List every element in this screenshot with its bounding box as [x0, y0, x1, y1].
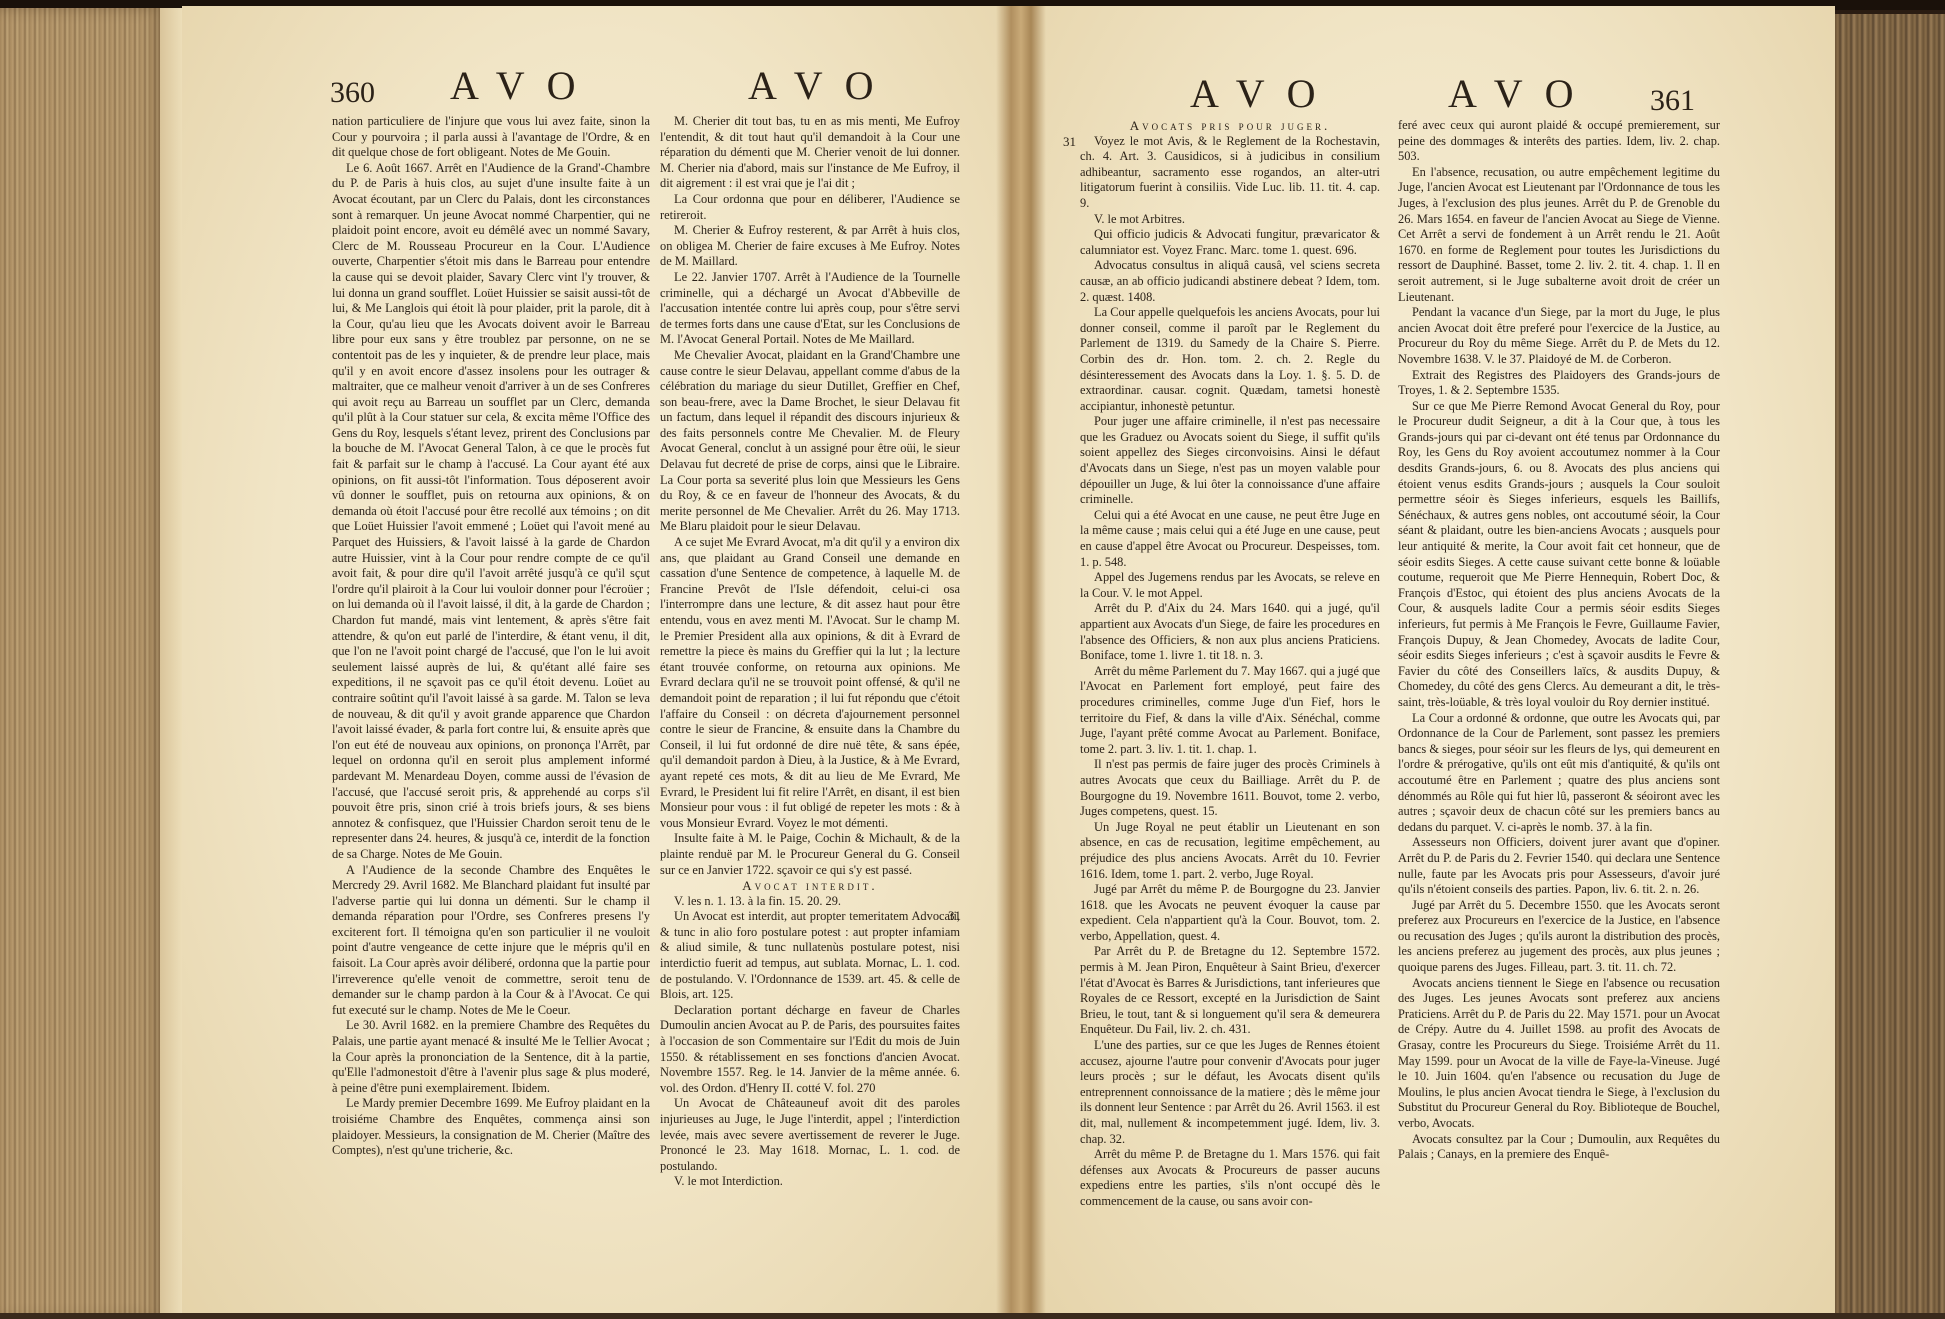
paragraph: Un Avocat est interdit, aut propter teme…	[660, 909, 960, 1003]
paragraph: Arrêt du même Parlement du 7. May 1667. …	[1080, 664, 1380, 758]
paragraph: Avocats anciens tiennent le Siege en l'a…	[1398, 976, 1720, 1132]
paragraph: Le 22. Janvier 1707. Arrêt à l'Audience …	[660, 270, 960, 348]
paragraph: Appel des Jugemens rendus par les Avocat…	[1080, 570, 1380, 601]
paragraph: M. Cherier & Eufroy resterent, & par Arr…	[660, 223, 960, 270]
paragraph: Celui qui a été Avocat en une cause, ne …	[1080, 508, 1380, 570]
left-page-column-1: nation particuliere de l'injure que vous…	[332, 114, 650, 1159]
paragraph: L'une des parties, sur ce que les Juges …	[1080, 1038, 1380, 1147]
page-number-left: 360	[330, 76, 375, 110]
paragraph: A ce sujet Me Evrard Avocat, m'a dit qu'…	[660, 535, 960, 831]
paragraph: Avocats consultez par la Cour ; Dumoulin…	[1398, 1132, 1720, 1163]
paragraph: feré avec ceux qui auront plaidé & occup…	[1398, 118, 1720, 165]
paragraph: Un Avocat de Châteauneuf avoit dit des p…	[660, 1096, 960, 1174]
paragraph: Sur ce que Me Pierre Remond Avocat Gener…	[1398, 399, 1720, 711]
book-page-edges-left	[0, 8, 165, 1319]
paragraph: Pour juger une affaire criminelle, il n'…	[1080, 414, 1380, 508]
running-head-right-2: AVO	[1448, 70, 1596, 117]
paragraph: La Cour ordonna que pour en déliberer, l…	[660, 192, 960, 223]
paragraph: A l'Audience de la seconde Chambre des E…	[332, 863, 650, 1019]
running-head-left-2: AVO	[748, 62, 896, 109]
paragraph: Arrêt du même P. de Bretagne du 1. Mars …	[1080, 1147, 1380, 1209]
paragraph: Arrêt du P. d'Aix du 24. Mars 1640. qui …	[1080, 601, 1380, 663]
paragraph: nation particuliere de l'injure que vous…	[332, 114, 650, 161]
paragraph: Insulte faite à M. le Paige, Cochin & Mi…	[660, 831, 960, 878]
paragraph: Pendant la vacance d'un Siege, par la mo…	[1398, 305, 1720, 367]
paragraph: Me Chevalier Avocat, plaidant en la Gran…	[660, 348, 960, 535]
running-head-left-1: AVO	[450, 62, 598, 109]
paragraph: La Cour appelle quelquefois les anciens …	[1080, 305, 1380, 414]
section-heading-avocats-pris-pour-juger: Avocats pris pour juger.	[1080, 118, 1380, 134]
right-page-column-1: Avocats pris pour juger. Voyez le mot Av…	[1080, 118, 1380, 1210]
paragraph: Le 6. Août 1667. Arrêt en l'Audience de …	[332, 161, 650, 863]
left-page-column-2: M. Cherier dit tout bas, tu en as mis me…	[660, 114, 960, 1190]
paragraph: V. le mot Interdiction.	[660, 1174, 960, 1190]
marginal-number-top: 31	[1063, 134, 1076, 150]
paragraph: Declaration portant décharge en faveur d…	[660, 1003, 960, 1097]
paragraph: Assesseurs non Officiers, doivent jurer …	[1398, 835, 1720, 897]
paragraph: Advocatus consultus in aliquâ causâ, vel…	[1080, 258, 1380, 305]
paragraph: Il n'est pas permis de faire juger des p…	[1080, 757, 1380, 819]
paragraph: Un Juge Royal ne peut établir un Lieuten…	[1080, 820, 1380, 882]
paragraph: Le 30. Avril 1682. en la premiere Chambr…	[332, 1018, 650, 1096]
paragraph: Jugé par Arrêt du 5. Decembre 1550. que …	[1398, 898, 1720, 976]
book-gutter	[996, 6, 1046, 1319]
page-number-right: 361	[1650, 84, 1695, 118]
section-heading-avocat-interdit: Avocat interdit.	[660, 878, 960, 894]
book-page-edge-highlight	[160, 8, 184, 1319]
paragraph: Le Mardy premier Decembre 1699. Me Eufro…	[332, 1096, 650, 1158]
running-head-right-1: AVO	[1190, 70, 1338, 117]
paragraph: V. le mot Arbitres.	[1080, 212, 1380, 228]
paragraph: Jugé par Arrêt du même P. de Bourgogne d…	[1080, 882, 1380, 944]
paragraph: Qui officio judicis & Advocati fungitur,…	[1080, 227, 1380, 258]
paragraph: Par Arrêt du P. de Bretagne du 12. Septe…	[1080, 944, 1380, 1038]
paragraph: En l'absence, recusation, ou autre empêc…	[1398, 165, 1720, 305]
paragraph: M. Cherier dit tout bas, tu en as mis me…	[660, 114, 960, 192]
right-page-column-2: feré avec ceux qui auront plaidé & occup…	[1398, 118, 1720, 1163]
paragraph: Voyez le mot Avis, & le Reglement de la …	[1080, 134, 1380, 212]
marginal-number-mid: 31	[948, 908, 961, 924]
paragraph: La Cour a ordonné & ordonne, que outre l…	[1398, 711, 1720, 836]
paragraph: V. les n. 1. 13. à la fin. 15. 20. 29.	[660, 894, 960, 910]
book-page-edges-right	[1835, 14, 1945, 1319]
paragraph: Extrait des Registres des Plaidoyers des…	[1398, 368, 1720, 399]
background-bottom	[0, 1313, 1945, 1319]
